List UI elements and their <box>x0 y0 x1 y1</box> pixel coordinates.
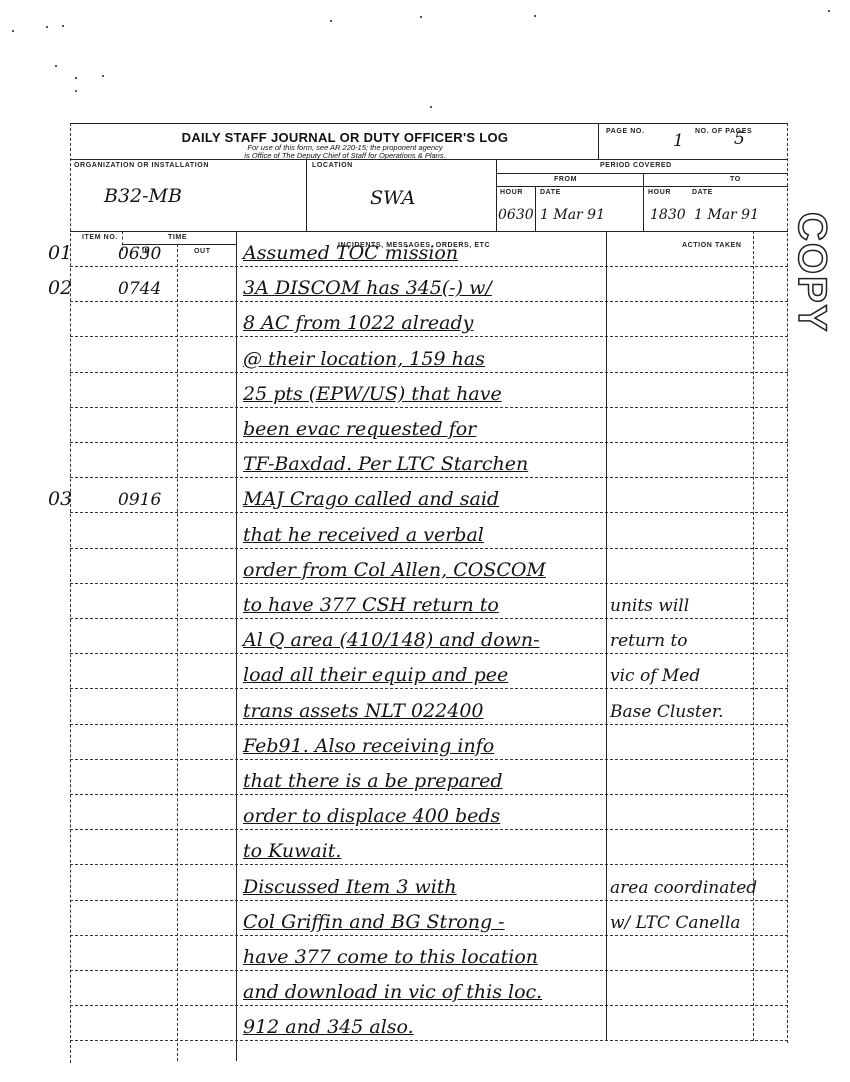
log-line: TF-Baxdad. Per LTC Starchen <box>243 453 528 475</box>
row-rule <box>70 1040 788 1041</box>
row-rule <box>70 301 788 302</box>
row-rule <box>70 688 788 689</box>
row-rule <box>70 618 788 619</box>
log-line: that he received a verbal <box>243 524 484 546</box>
log-line: to Kuwait. <box>243 840 341 862</box>
to-hour-value: 1830 <box>650 207 686 223</box>
action-taken-value: vic of Med <box>610 666 700 686</box>
organization-label: ORGANIZATION OR INSTALLATION <box>74 162 209 169</box>
log-line: order to displace 400 beds <box>243 805 500 827</box>
to-hour-label: HOUR <box>648 189 671 196</box>
item-number: 03 <box>48 488 72 510</box>
row-rule <box>70 794 788 795</box>
time-in-value: 0744 <box>118 279 161 299</box>
row-rule <box>70 442 788 443</box>
time-out-label: OUT <box>194 248 211 255</box>
page-no-label: PAGE NO. <box>606 128 645 135</box>
row-rule <box>70 336 788 337</box>
to-date-value: 1 Mar 91 <box>694 207 759 223</box>
log-line: Feb91. Also receiving info <box>243 735 494 757</box>
location-value: SWA <box>370 187 415 209</box>
row-rule <box>70 477 788 478</box>
log-line: Discussed Item 3 with <box>243 876 457 898</box>
log-line: MAJ Crago called and said <box>243 488 499 510</box>
time-in-value: 0916 <box>118 490 161 510</box>
copy-stamp: COPY <box>772 212 832 352</box>
log-line: Assumed TOC mission <box>243 242 458 264</box>
log-line: and download in vic of this loc. <box>243 981 542 1003</box>
item-number: 02 <box>48 277 72 299</box>
log-line: 25 pts (EPW/US) that have <box>243 383 502 405</box>
row-rule <box>70 512 788 513</box>
from-hour-label: HOUR <box>500 189 523 196</box>
item-no-label: ITEM NO. <box>82 234 118 241</box>
row-rule <box>70 724 788 725</box>
action-taken-value: Base Cluster. <box>610 702 724 722</box>
row-rule <box>70 266 788 267</box>
row-rule <box>70 372 788 373</box>
log-line: load all their equip and pee <box>243 664 508 686</box>
form-title-block: DAILY STAFF JOURNAL OR DUTY OFFICER'S LO… <box>170 131 520 160</box>
row-rule <box>70 935 788 936</box>
log-line: Al Q area (410/148) and down- <box>243 629 540 651</box>
organization-value: B32-MB <box>104 185 182 207</box>
to-date-label: DATE <box>692 189 713 196</box>
time-in-value: 0630 <box>118 244 161 264</box>
from-date-label: DATE <box>540 189 561 196</box>
action-taken-value: units will <box>610 596 689 616</box>
log-line: to have 377 CSH return to <box>243 594 499 616</box>
log-line: 912 and 345 also. <box>243 1016 414 1038</box>
location-label: LOCATION <box>312 162 353 169</box>
log-line: 3A DISCOM has 345(-) w/ <box>243 277 492 299</box>
from-date-value: 1 Mar 91 <box>540 207 605 223</box>
action-taken-value: w/ LTC Canella <box>610 913 741 933</box>
log-line: have 377 come to this location <box>243 946 538 968</box>
row-rule <box>70 970 788 971</box>
from-label: FROM <box>554 176 577 183</box>
log-line: 8 AC from 1022 already <box>243 312 473 334</box>
row-rule <box>70 900 788 901</box>
no-of-pages-value: 5 <box>734 129 745 149</box>
from-hour-value: 0630 <box>498 207 534 223</box>
row-rule <box>70 759 788 760</box>
action-taken-value: return to <box>610 631 688 651</box>
log-line: @ their location, 159 has <box>243 348 485 370</box>
log-line: that there is a be prepared <box>243 770 503 792</box>
row-rule <box>70 864 788 865</box>
log-line: been evac requested for <box>243 418 476 440</box>
action-taken-label: ACTION TAKEN <box>682 242 742 249</box>
log-line: trans assets NLT 022400 <box>243 700 484 722</box>
log-line: Col Griffin and BG Strong - <box>243 911 505 933</box>
row-rule <box>70 583 788 584</box>
item-number: 01 <box>48 242 72 264</box>
row-rule <box>70 653 788 654</box>
row-rule <box>70 1005 788 1006</box>
row-rule <box>70 548 788 549</box>
log-line: order from Col Allen, COSCOM <box>243 559 546 581</box>
page-no-value: 1 <box>673 131 684 151</box>
to-label: TO <box>730 176 741 183</box>
row-rule <box>70 407 788 408</box>
period-covered-label: PERIOD COVERED <box>600 162 672 169</box>
action-taken-value: area coordinated <box>610 878 757 898</box>
time-label: TIME <box>168 234 187 241</box>
row-rule <box>70 829 788 830</box>
